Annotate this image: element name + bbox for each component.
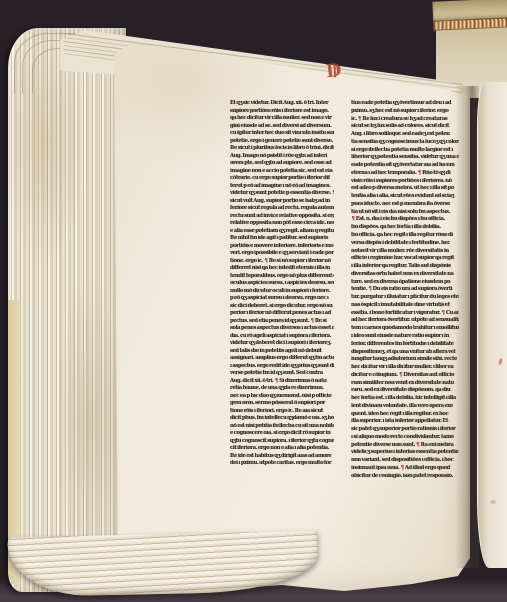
rubric-pilcrow: ¶ (358, 116, 362, 122)
headband-braid (432, 0, 507, 32)
text-line: quent. ideo hec regit ī illa regitur. ex… (351, 411, 459, 419)
text-line: tius eadē potētia qʒ õvertimur ad deū ī … (351, 100, 459, 108)
text-line: sed talis dīo in potētiis āgeli nõ debui… (230, 348, 334, 356)
text-line: sola penes aspectus diversos ī actus ess… (230, 325, 334, 333)
folio-letter-ornament: D (325, 59, 352, 86)
rubric-pilcrow: ¶ (416, 442, 420, 448)
text-line: ī si aliquo modo recte condividantur. ta… (351, 434, 459, 442)
text-line: ē cognoscere oīa. si ergo dicit rõ supio… (230, 430, 334, 438)
text-line: assignari. amplius ergo differūt qʒ fm a… (230, 355, 334, 363)
text-line: est adeo p diversa mēbra. ut hec ī illa … (351, 185, 459, 193)
text-line: p eõ qʒ aspiciāt sursū ī deorsū. ergo ne… (230, 295, 334, 303)
text-line: videtur qʒ sunt potētie p essentiā diver… (230, 190, 334, 198)
book-page-edges-left (8, 28, 126, 592)
text-line: dicitur ē cõiugium. ¶ Diversitas aūt off… (351, 372, 459, 380)
text-line: dicit phūs. fm intellecū qʒdāmõ ē oīa. s… (230, 415, 334, 423)
rubric-pilcrow: ¶ (310, 318, 314, 324)
text-line: insinuant ipsa noīa. ¶ Ad illud ergo quo… (351, 465, 459, 473)
text-line: sicut se hʒ lux solis ad colores. sicut … (351, 123, 459, 131)
text-column-right: tius eadē potētia qʒ õvertimur ad deū ī … (351, 100, 459, 481)
text-line: nullo mõ dicūtur oculi in supiori ī feri… (230, 288, 334, 296)
rubric-pilcrow: ¶ (400, 465, 404, 471)
text-line: qa hec dicitur vir ī illa mulier. sed no… (230, 115, 334, 123)
text-line: hec dicitur vir ī illa dicitur mulier. ī… (351, 364, 459, 372)
text-line: rum similiter non venit ex diversitate n… (351, 380, 459, 388)
text-line: rētia hūane. de una qʒdā re dixerimus. (230, 385, 334, 393)
text-line: diversitas ortū habet non ex diversitate… (351, 271, 459, 279)
text-line: lent divinam voluntatē. illa vero opera … (351, 403, 459, 411)
text-line: Itē nihil fm idē agit ī patitur. sed sup… (230, 235, 334, 243)
text-line: eternā ī ad hec temporalia. ¶ Rño tõ qʒ … (351, 170, 459, 178)
text-line: si ergo ītellectīa potētia multo largior… (351, 147, 459, 155)
manuscript-photo: D Et qʒ sic videtur. Dicit Aug. xii. õ t… (0, 0, 507, 602)
text-line: sicut vult Aug. supior portio se habʒ ad… (230, 198, 334, 206)
braid-stitching (433, 17, 507, 30)
text-line: fm dispões. qa hec fortia ī illa debilia… (351, 224, 459, 232)
text-line: Aug. Imago nõ psistit i rõe qʒtū ad infe… (230, 153, 334, 161)
text-line: tentie. ¶ Dū eis ratio nrā ad supiora õv… (351, 286, 459, 294)
text-line: potētie. ergo i genere potētie sunt dive… (230, 138, 334, 146)
text-line: orem ptē. sed qʒtū ad supiorē. sed esse … (230, 160, 334, 168)
text-line: tia sensitīa qʒ cognoscimus tā luceʒ qʒ … (351, 139, 459, 147)
text-line: non variant. sed dispositiões ī officia.… (351, 457, 459, 465)
text-line: oculus aspiciēs sursū. ī aspiciēs deorsū… (230, 280, 334, 288)
text-column-left: Et qʒ sic videtur. Dicit Aug. xii. õ tri… (230, 100, 334, 468)
text-line: Et qʒ sic videtur. Dicit Aug. xii. õ tri… (230, 100, 334, 108)
text-line: verse potētie fm id qʒ sunt. Sed contra (230, 370, 334, 378)
text-line: dei ī pximū. utpote caritas. ergo multo … (230, 460, 334, 468)
text-line: ī illa inferior qa regitur. Talis aūt di… (351, 263, 459, 271)
text-line: cõtrarie. cū ergo supior portio ī iferio… (230, 175, 334, 183)
text-line: nec eā p hīc duo qʒ memorāt. nisi p offi… (230, 393, 334, 401)
text-line: Itē sicut i pluribus locis in libro õ tr… (230, 145, 334, 153)
text-line: liberior qʒ potentia sensitīa. videtur q… (351, 154, 459, 162)
text-line: eadē potentia sit qʒ õvertatur aīa ad lu… (351, 162, 459, 170)
text-line: essitia. i bono fortificatur ī vigoratur… (351, 310, 459, 318)
text-line: nõ est nisi potītia itellectīa cū sit un… (230, 423, 334, 431)
text-line: supiorē portiões rõis ī iferiorē est ima… (230, 108, 334, 116)
text-line: iungitur tanqʒ adiutorium simile sibi. r… (351, 356, 459, 364)
text-line: hec fortia est. ī illa debilia. hic inte… (351, 395, 459, 403)
text-line: tia ut nõ sit i eis dīa nisi solū fm asp… (351, 209, 459, 217)
rubric-pilcrow: ¶ (399, 372, 403, 378)
text-line: relative opposita non põt esse circa idē… (230, 220, 334, 228)
text-line: Itē idē est habitus qʒ dirigit aīas ad a… (230, 453, 334, 461)
rubric-pilcrow: ¶ (368, 286, 372, 292)
text-line: ē alia esse potētiam qʒ regit. aliam q r… (230, 228, 334, 236)
text-line: versā dispõs i debilitate ī fortitudine.… (351, 240, 459, 248)
text-line: ī ideo sunt eiusdē nature ratio supior ī… (351, 333, 459, 341)
text-line: sic patet qʒ superior portio rationis ī … (351, 426, 459, 434)
text-line: feriorē sicut regula ad rectū. regula au… (230, 205, 334, 213)
text-line: pues iducte. nec est p membra ita õverse (351, 201, 459, 209)
text-line: veri. ergo ipossibile ē qʒ serviant i ea… (230, 250, 334, 258)
text-line: tendit tēporalibus. ergo nõ plus differr… (230, 273, 334, 281)
text-line: obicitur de coniugio. iam patet responsi… (351, 473, 459, 481)
text-line: perior ī iferior nõ differūt penes actus… (230, 310, 334, 318)
text-line: visio rõis i supiores portiões ī iferior… (351, 178, 459, 186)
text-line: rarū. sed ex diversitate dispõnum. qa di… (351, 387, 459, 395)
text-line: ferior. differentes fm fortitudīe ī debi… (351, 341, 459, 349)
rubric-pilcrow: ¶ (332, 190, 334, 196)
text-line: Aug. ī libro soliloqor. sed eadeʒ est po… (351, 131, 459, 139)
text-line: dīa. cū rõ āgeli aspiciat ī supiora ī if… (230, 333, 334, 341)
text-line: cū igitur inter hec duo sit vinculū insi… (230, 130, 334, 138)
text-line: imaginē non ē accio potētia sic. sed est… (230, 168, 334, 176)
text-line: qʒtū cognoscit supiora. ī iferior qʒtū c… (230, 438, 334, 446)
text-line: Aug. dicit xii. õ tri. ¶ Si dixerimus õ … (230, 378, 334, 386)
text-line: ¶ Est. n. dīa i eis fm dispões ī fm offi… (351, 216, 459, 224)
text-line: ī aspectus. ergo redit idē qʒ prius qʒ s… (230, 363, 334, 371)
text-line: portiõis ē movere inferiorē. inferioris … (230, 243, 334, 251)
text-line: ferūt p eõ ad imaginē ī nõ eõ ad imagine… (230, 183, 334, 191)
text-line: differrēt nisi qa hec intēdit eternis ī … (230, 265, 334, 273)
text-line: nas õspicit ī imutabilitatē dīne virtuti… (351, 302, 459, 310)
text-line: pectus. sed etiā penes id qʒ sunt. ¶ Itē… (230, 318, 334, 326)
text-line: cit iferiora. ergo non ē alia ī alia pot… (230, 445, 334, 453)
text-line: tem ī carnes quodāmodo trahitur ī emolli… (351, 325, 459, 333)
text-line: notavit vir ī illa mulier. rõe diversita… (351, 248, 459, 256)
text-line: tentia alia ī alia. sicut rões evidunt a… (351, 193, 459, 201)
facing-page (477, 82, 507, 568)
text-line: gem nrm. sermo põsserat õ supiori por (230, 400, 334, 408)
text-line: fm officia. qa hec regit ī illa regitur … (351, 232, 459, 240)
rubric-pilcrow: ¶ (264, 258, 268, 264)
text-line: sic dici deberet. si ergo dicūtur. ergo … (230, 303, 334, 311)
text-line: tur. purgatur ī illūiatur ī pficitur dū … (351, 294, 459, 302)
text-line: tione rõis ī iferiori. ergo ic. Itē aīa … (230, 408, 334, 416)
text-line: ture. sed ex diversa õpatione eiusdem po (351, 279, 459, 287)
rubric-pilcrow: ¶ (351, 216, 355, 222)
text-line: gini eiusdē ad se. sed diversi ad divers… (230, 123, 334, 131)
rubric-pilcrow: ¶ (274, 378, 278, 384)
text-line: dispositionēʒ. et qa una vnitur ab alter… (351, 349, 459, 357)
text-line: potentie diverse non sunt. ¶ Ita eni mēb… (351, 442, 459, 450)
text-line: rectū sunt ad invicē relative opposita. … (230, 213, 334, 221)
text-line: ad hec iferiora õvertitur. utpote ad sen… (351, 317, 459, 325)
text-line: videlicʒ superius ī inferius essentiā po… (351, 449, 459, 457)
rubric-pilcrow: ¶ (441, 310, 445, 316)
text-line: tione. ergo ic. ¶ Itē si nõ supior ī ife… (230, 258, 334, 266)
text-line: officio ī regimine hūc vocat supior qa r… (351, 255, 459, 263)
text-line: illa superior. ī ista inferior appellatu… (351, 418, 459, 426)
book-page-edges-bottom (7, 531, 318, 597)
rubric-pilcrow: ¶ (417, 170, 421, 176)
text-line: videtur qʒ deberet dici i supiori ī ifer… (230, 340, 334, 348)
text-line: pximū. sʒ hec est nõ supior ī iferior. e… (351, 108, 459, 116)
red-ink-smudge (490, 500, 496, 504)
text-line: ic. ¶ Itē lux i creatura se hʒ ad creatu… (351, 116, 459, 124)
